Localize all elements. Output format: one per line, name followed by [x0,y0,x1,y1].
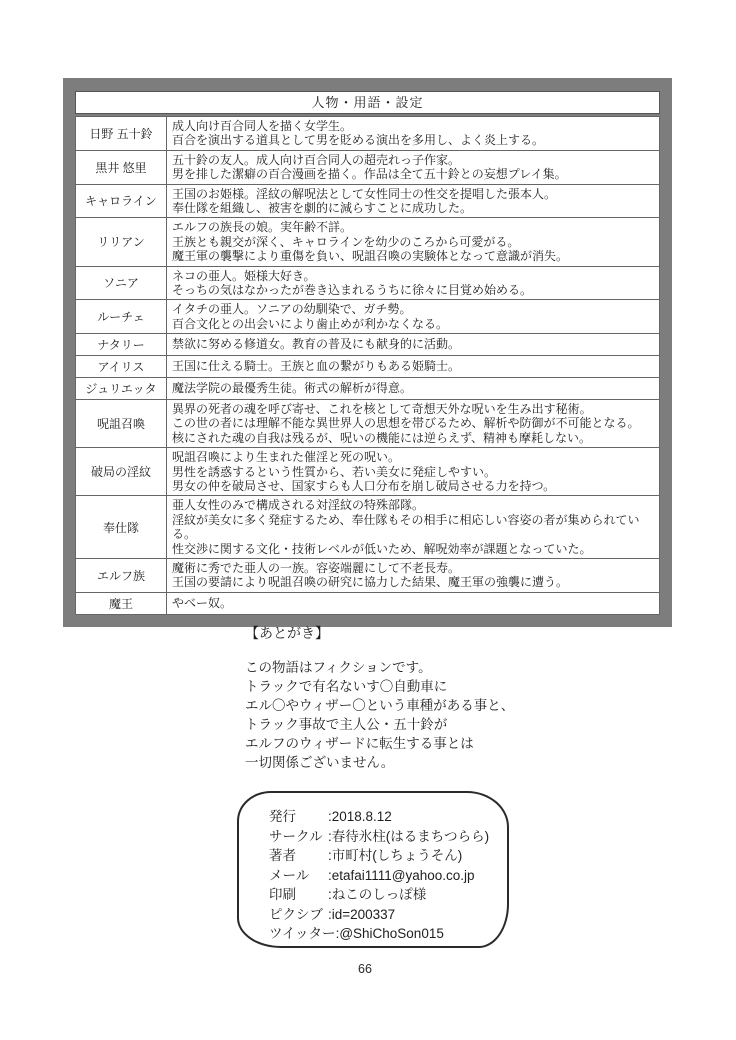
term-name: 魔王 [76,592,167,614]
colophon-box: 発行 :2018.8.12 サークル :春待氷柱(はるまちつらら) 著者 :市町… [237,791,509,948]
table-row: ジュリエッタ 魔法学院の最優秀生徒。術式の解析が得意。 [76,378,660,400]
colophon-value: :@ShiChoSon015 [336,924,444,944]
colophon-label: ツイッター [269,924,336,944]
term-desc: エルフの族長の娘。実年齢不詳。 王族とも親交が深く、キャロラインを幼少のころから… [167,218,660,266]
glossary-table: 日野 五十鈴 成人向け百合同人を描く女学生。 百合を演出する道具として男を貶める… [75,116,660,615]
term-name: ナタリー [76,334,167,356]
table-row: ナタリー 禁欲に努める修道女。教育の普及にも献身的に活動。 [76,334,660,356]
table-row: キャロライン 王国のお姫様。淫紋の解呪法として女性同士の性交を提唱した張本人。 … [76,184,660,218]
table-row: リリアン エルフの族長の娘。実年齢不詳。 王族とも親交が深く、キャロラインを幼少… [76,218,660,266]
term-name: ジュリエッタ [76,378,167,400]
table-row: エルフ族 魔術に秀でた亜人の一族。容姿端麗にして不老長寿。 王国の要請により呪詛… [76,558,660,592]
term-name: 日野 五十鈴 [76,117,167,151]
term-desc: 呪詛召喚により生まれた催淫と死の呪い。 男性を誘惑するという性質から、若い美女に… [167,448,660,496]
table-row: ルーチェ イタチの亜人。ソニアの幼馴染で、ガチ勢。 百合文化との出会いにより歯止… [76,300,660,334]
term-desc: イタチの亜人。ソニアの幼馴染で、ガチ勢。 百合文化との出会いにより歯止めが利かな… [167,300,660,334]
term-name: 破局の淫紋 [76,448,167,496]
term-name: リリアン [76,218,167,266]
term-desc: ネコの亜人。姫様大好き。 そっちの気はなかったが巻き込まれるうちに徐々に目覚め始… [167,266,660,300]
colophon-value: :市町村(しちょうそん) [328,846,462,866]
colophon-row: 印刷 :ねこのしっぽ様 [269,885,499,905]
term-desc: 王国に仕える騎士。王族と血の繋がりもある姫騎士。 [167,356,660,378]
colophon-row: ピクシブ :id=200337 [269,905,499,925]
colophon-row: 発行 :2018.8.12 [269,807,499,827]
colophon-row: サークル :春待氷柱(はるまちつらら) [269,827,499,847]
colophon-row: 著者 :市町村(しちょうそん) [269,846,499,866]
term-name: 奉仕隊 [76,496,167,559]
table-row: 呪詛召喚 異界の死者の魂を呼び寄せ、これを核として奇想天外な呪いを生み出す秘術。… [76,400,660,448]
glossary-title: 人物・用語・設定 [75,91,660,114]
term-name: 黒井 悠里 [76,150,167,184]
colophon-value: :2018.8.12 [328,807,392,827]
colophon-label: 発行 [269,807,328,827]
colophon-value: :ねこのしっぽ様 [328,885,426,905]
term-name: アイリス [76,356,167,378]
colophon-label: ピクシブ [269,905,328,925]
page-number: 66 [0,962,730,976]
term-desc: 成人向け百合同人を描く女学生。 百合を演出する道具として男を貶める演出を多用し、… [167,117,660,151]
colophon-label: サークル [269,827,328,847]
afterword-title: 【あとがき】 [245,623,329,643]
term-desc: 魔法学院の最優秀生徒。術式の解析が得意。 [167,378,660,400]
colophon-label: 印刷 [269,885,328,905]
scanned-doujin-page: 人物・用語・設定 日野 五十鈴 成人向け百合同人を描く女学生。 百合を演出する道… [0,0,736,1040]
term-name: 呪詛召喚 [76,400,167,448]
table-row: 日野 五十鈴 成人向け百合同人を描く女学生。 百合を演出する道具として男を貶める… [76,117,660,151]
term-name: ソニア [76,266,167,300]
term-desc: 異界の死者の魂を呼び寄せ、これを核として奇想天外な呪いを生み出す秘術。 この世の… [167,400,660,448]
afterword-body: この物語はフィクションです。 トラックで有名ないす〇自動車に エル〇やウィザー〇… [245,658,514,772]
colophon-row: メール :etafai1111@yahoo.co.jp [269,866,499,886]
term-name: キャロライン [76,184,167,218]
term-desc: やべー奴。 [167,592,660,614]
colophon-value: :etafai1111@yahoo.co.jp [328,866,475,886]
glossary-frame: 人物・用語・設定 日野 五十鈴 成人向け百合同人を描く女学生。 百合を演出する道… [63,78,672,627]
term-desc: 魔術に秀でた亜人の一族。容姿端麗にして不老長寿。 王国の要請により呪詛召喚の研究… [167,558,660,592]
term-desc: 亜人女性のみで構成される対淫紋の特殊部隊。 淫紋が美女に多く発症するため、奉仕隊… [167,496,660,559]
term-desc: 五十鈴の友人。成人向け百合同人の超売れっ子作家。 男を排した潔癖の百合漫画を描く… [167,150,660,184]
term-name: エルフ族 [76,558,167,592]
table-row: 破局の淫紋 呪詛召喚により生まれた催淫と死の呪い。 男性を誘惑するという性質から… [76,448,660,496]
colophon-label: 著者 [269,846,328,866]
table-row: アイリス 王国に仕える騎士。王族と血の繋がりもある姫騎士。 [76,356,660,378]
table-row: 黒井 悠里 五十鈴の友人。成人向け百合同人の超売れっ子作家。 男を排した潔癖の百… [76,150,660,184]
table-row: ソニア ネコの亜人。姫様大好き。 そっちの気はなかったが巻き込まれるうちに徐々に… [76,266,660,300]
colophon-label: メール [269,866,328,886]
term-desc: 禁欲に努める修道女。教育の普及にも献身的に活動。 [167,334,660,356]
term-desc: 王国のお姫様。淫紋の解呪法として女性同士の性交を提唱した張本人。 奉仕隊を組織し… [167,184,660,218]
colophon-value: :春待氷柱(はるまちつらら) [328,827,489,847]
colophon-row: ツイッター :@ShiChoSon015 [269,924,499,944]
table-row: 魔王 やべー奴。 [76,592,660,614]
colophon-value: :id=200337 [328,905,395,925]
term-name: ルーチェ [76,300,167,334]
table-row: 奉仕隊 亜人女性のみで構成される対淫紋の特殊部隊。 淫紋が美女に多く発症するため… [76,496,660,559]
